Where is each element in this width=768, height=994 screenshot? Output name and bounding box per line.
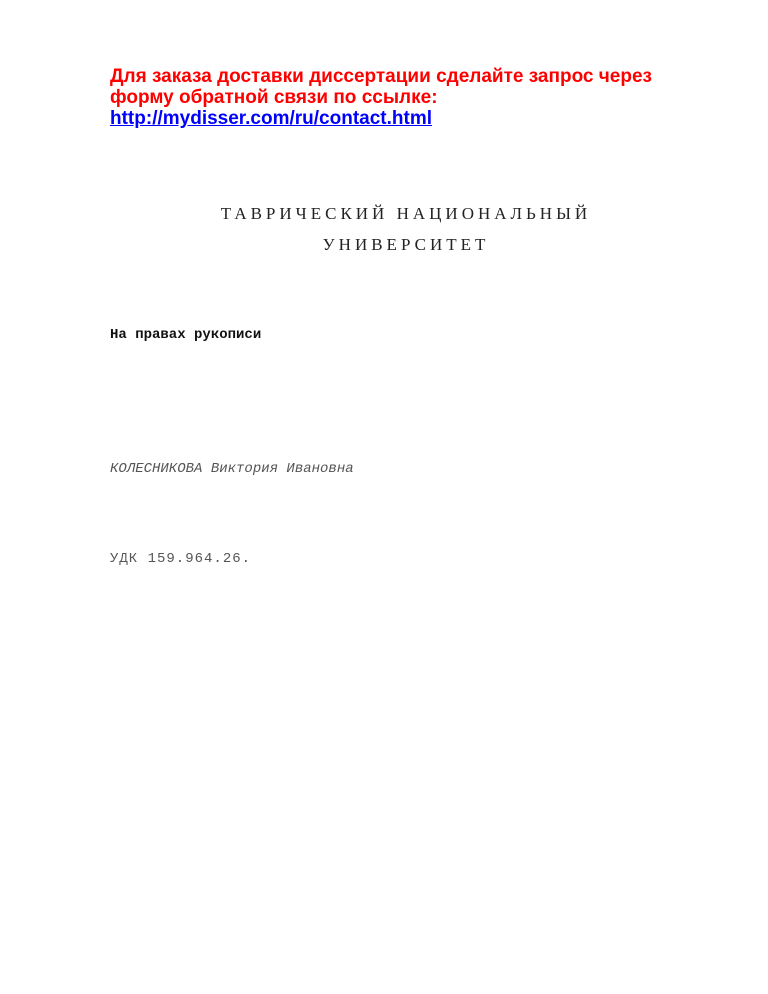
notice-line-2: форму обратной связи по ссылке:: [110, 87, 750, 108]
udk-code: УДК 159.964.26.: [110, 551, 251, 567]
university-name-line-2: УНИВЕРСИТЕТ: [22, 235, 768, 255]
rights-note: На правах рукописи: [110, 327, 261, 343]
order-notice: Для заказа доставки диссертации сделайте…: [110, 66, 750, 129]
notice-line-1: Для заказа доставки диссертации сделайте…: [110, 66, 750, 87]
author-name: КОЛЕСНИКОВА Виктория Ивановна: [110, 461, 354, 477]
university-name-line-1: ТАВРИЧЕСКИЙ НАЦИОНАЛЬНЫЙ: [22, 204, 768, 224]
contact-link[interactable]: http://mydisser.com/ru/contact.html: [110, 108, 750, 129]
